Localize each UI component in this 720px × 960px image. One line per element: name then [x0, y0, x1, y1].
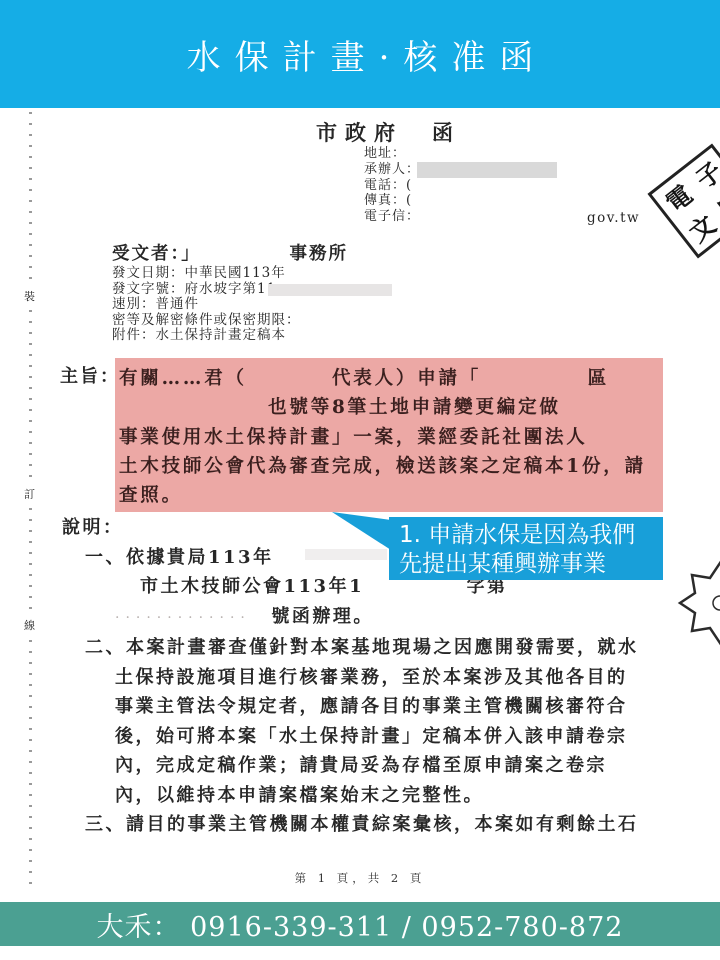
footer-contact: 大禾： 0916-339-311 / 0952-780-872 — [97, 905, 624, 944]
contact-email: 電子信： — [364, 209, 420, 225]
callout-tail — [330, 504, 394, 556]
meta-date: 發文日期：中華民國113年 — [112, 266, 301, 282]
electronic-document-stamp: 電 子 文 驗 — [647, 143, 720, 258]
subject-line: 事業使用水土保持計畫」一案，業經委託社團法人 — [119, 423, 663, 452]
binding-mark-zhuang: 裝 — [21, 288, 38, 304]
officer-redaction-box — [417, 162, 557, 178]
meta-secrecy: 密等及解密條件或保密期限： — [112, 313, 301, 329]
annotation-callout: 1. 申請水保是因為我們 先提出某種興辦事業 — [389, 517, 663, 580]
subject-highlight-box: 有關……君（ 代表人）申請「 區 也號等8筆土地申請變更編定做 事業使用水土保持… — [115, 358, 663, 512]
subject-label: 主旨： — [60, 362, 120, 388]
subject-line: 也號等8筆土地申請變更編定做 — [119, 393, 663, 422]
contact-officer: 承辦人： — [364, 162, 420, 178]
top-banner: 水保計畫·核准函 — [0, 0, 720, 108]
subject-line: 土木技師公會代為審查完成，檢送該案之定稿本1份，請 — [119, 452, 663, 481]
body-line: ············· 號函辦理。 — [115, 602, 702, 634]
body-line: 二、本案計畫審查僅針對本案基地現場之因應開發需要，就水 — [85, 633, 702, 663]
letter-title: 市政府 函 — [316, 117, 461, 147]
contact-fax: 傳真：( — [364, 193, 420, 209]
official-seal-icon — [668, 560, 720, 646]
recipient-line: 受文者：」 事務所 — [112, 240, 348, 265]
email-domain: gov.tw — [587, 210, 640, 226]
contact-phone: 電話：( — [364, 178, 420, 194]
body-line: 土保持設施項目進行核審業務，至於本案涉及其他各目的 — [115, 663, 702, 693]
subject-text: 有關……君（ 代表人）申請「 區 也號等8筆土地申請變更編定做 事業使用水土保持… — [115, 358, 663, 510]
subject-line: 有關……君（ 代表人）申請「 區 — [119, 364, 663, 393]
flyer-page: 水保計畫·核准函 裝 訂 線 市政府 函 地址： 承辦人： 電話：( 傳真：( … — [0, 0, 720, 960]
body-line: 內，以維持本申請案檔案始末之完整性。 — [115, 781, 702, 811]
binding-mark-xian: 線 — [21, 617, 38, 633]
meta-attachment: 附件：水土保持計畫定稿本 — [112, 328, 301, 344]
meta-block: 發文日期：中華民國113年 發文字號：府水坡字第11 速別：普通件 密等及解密條… — [112, 266, 301, 344]
bottom-banner: 大禾： 0916-339-311 / 0952-780-872 — [0, 902, 720, 946]
binding-mark-ding: 訂 — [21, 486, 38, 502]
contact-block: 地址： 承辦人： 電話：( 傳真：( 電子信： — [364, 146, 420, 225]
page-title: 水保計畫·核准函 — [173, 30, 548, 79]
body-line: 事業主管法令規定者，應請各目的事業主管機關核審符合 — [115, 692, 702, 722]
body-line-text: 號函辦理。 — [271, 606, 374, 627]
binding-dotted-line — [29, 112, 32, 892]
page-indicator: 第 1 頁，共 2 頁 — [0, 870, 720, 886]
body-line: 後，始可將本案「水土保持計畫」定稿本併入該申請卷宗 — [115, 722, 702, 752]
doc-number-redaction-box — [268, 284, 392, 296]
body-line: 內，完成定稿作業；請貴局妥為存檔至原申請案之卷宗 — [115, 751, 702, 781]
meta-speed: 速別：普通件 — [112, 297, 301, 313]
body-line: 三、請目的事業主管機關本權責綜案彙核，本案如有剩餘土石 — [85, 810, 702, 840]
redaction-dots: ············· — [115, 610, 251, 626]
contact-address: 地址： — [364, 146, 420, 162]
